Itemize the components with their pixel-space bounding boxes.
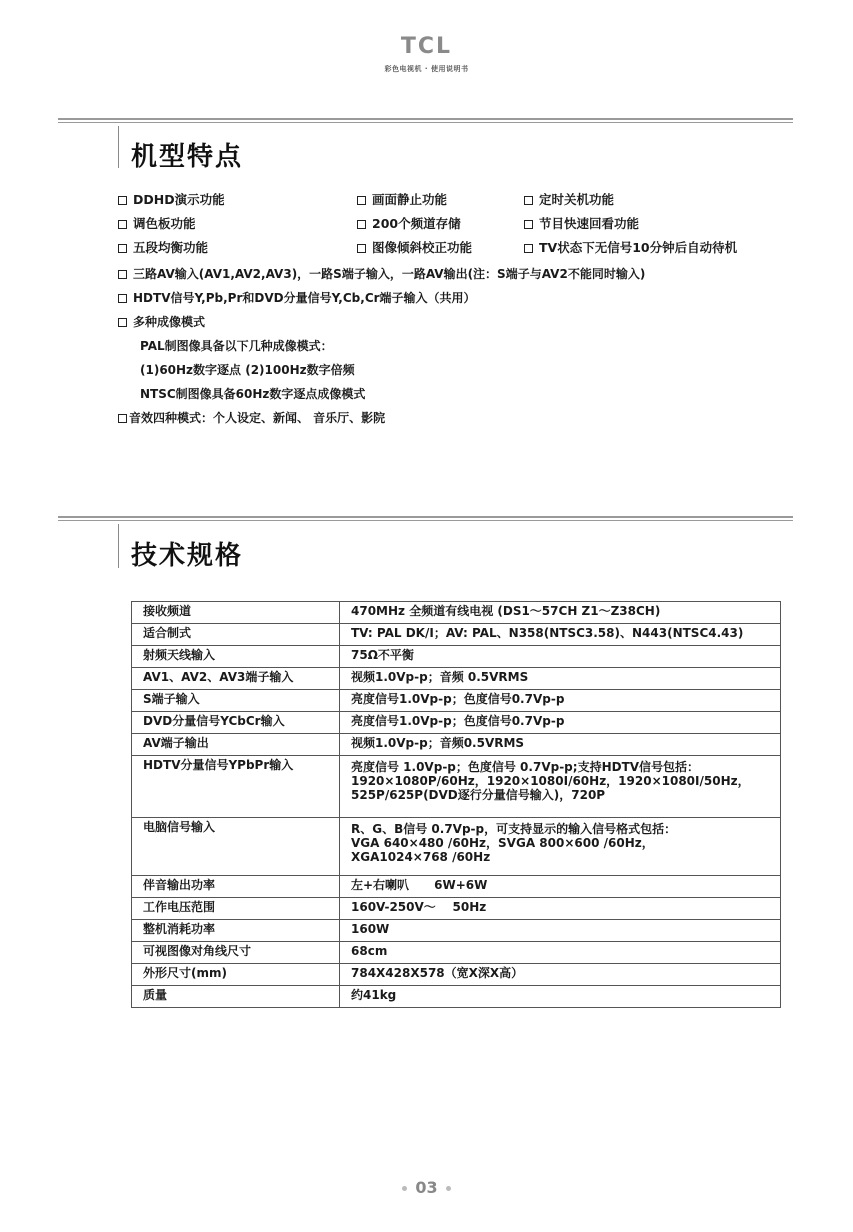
bullet-icon (402, 1186, 407, 1191)
checkbox-icon (118, 294, 127, 303)
spec-value: 784X428X578（宽X深X高） (340, 964, 781, 986)
feature-item: 节目快速回看功能 (524, 214, 639, 234)
spec-value: 亮度信号 1.0Vp-p；色度信号 0.7Vp-p;支持HDTV信号包括： 19… (340, 756, 781, 818)
spec-value: 75Ω不平衡 (340, 646, 781, 668)
feature-item: 五段均衡功能 (118, 238, 208, 258)
bullet-icon (446, 1186, 451, 1191)
spec-key: HDTV分量信号YPbPr输入 (132, 756, 340, 818)
header-subtitle: 彩色电视机 · 使用说明书 (0, 64, 853, 74)
feature-item: 调色板功能 (118, 214, 196, 234)
feature-item: 画面静止功能 (357, 190, 447, 210)
checkbox-icon (524, 220, 533, 229)
table-row: 接收频道470MHz 全频道有线电视 (DS1～57CH Z1～Z38CH) (132, 602, 781, 624)
table-row: 质量约41kg (132, 986, 781, 1008)
table-row: 工作电压范围160V-250V～ 50Hz (132, 898, 781, 920)
spec-key: 外形尺寸(mm) (132, 964, 340, 986)
checkbox-icon (118, 318, 127, 327)
table-row: 可视图像对角线尺寸68cm (132, 942, 781, 964)
brand-logo: TCL (0, 36, 853, 58)
table-row: HDTV分量信号YPbPr输入 亮度信号 1.0Vp-p；色度信号 0.7Vp-… (132, 756, 781, 818)
spec-key: 质量 (132, 986, 340, 1008)
table-row: AV1、AV2、AV3端子输入视频1.0Vp-p；音频 0.5VRMS (132, 668, 781, 690)
page-header: TCL 彩色电视机 · 使用说明书 (0, 36, 853, 74)
spec-key: 适合制式 (132, 624, 340, 646)
feature-item: 图像倾斜校正功能 (357, 238, 472, 258)
spec-table: 接收频道470MHz 全频道有线电视 (DS1～57CH Z1～Z38CH) 适… (131, 601, 781, 1008)
table-row: 适合制式TV: PAL DK/I；AV: PAL、N358(NTSC3.58)、… (132, 624, 781, 646)
spec-value: 视频1.0Vp-p；音频0.5VRMS (340, 734, 781, 756)
section-divider (58, 118, 793, 123)
feature-item: HDTV信号Y,Pb,Pr和DVD分量信号Y,Cb,Cr端子输入（共用） (118, 288, 476, 308)
checkbox-icon (118, 244, 127, 253)
feature-item: 定时关机功能 (524, 190, 614, 210)
spec-key: DVD分量信号YCbCr输入 (132, 712, 340, 734)
checkbox-icon (357, 220, 366, 229)
checkbox-icon (118, 196, 127, 205)
spec-key: 电脑信号输入 (132, 818, 340, 876)
spec-value: 68cm (340, 942, 781, 964)
feature-subitem: PAL制图像具备以下几种成像模式： (118, 336, 333, 356)
table-row: DVD分量信号YCbCr输入亮度信号1.0Vp-p；色度信号0.7Vp-p (132, 712, 781, 734)
spec-value: 470MHz 全频道有线电视 (DS1～57CH Z1～Z38CH) (340, 602, 781, 624)
table-row: AV端子输出视频1.0Vp-p；音频0.5VRMS (132, 734, 781, 756)
spec-key: 整机消耗功率 (132, 920, 340, 942)
table-row: 射频天线输入75Ω不平衡 (132, 646, 781, 668)
section-divider (58, 516, 793, 521)
spec-key: AV端子输出 (132, 734, 340, 756)
spec-value: R、G、B信号 0.7Vp-p，可支持显示的输入信号格式包括： VGA 640×… (340, 818, 781, 876)
feature-item: 200个频道存储 (357, 214, 461, 234)
checkbox-icon (118, 414, 127, 423)
feature-item: TV状态下无信号10分钟后自动待机 (524, 238, 737, 258)
spec-key: 工作电压范围 (132, 898, 340, 920)
checkbox-icon (118, 220, 127, 229)
table-row: 整机消耗功率160W (132, 920, 781, 942)
title-accent-bar (118, 524, 119, 568)
spec-value: 亮度信号1.0Vp-p；色度信号0.7Vp-p (340, 712, 781, 734)
page-number: 03 (0, 1178, 853, 1197)
checkbox-icon (524, 244, 533, 253)
spec-value: 视频1.0Vp-p；音频 0.5VRMS (340, 668, 781, 690)
feature-subitem: (1)60Hz数字逐点 (2)100Hz数字倍频 (118, 360, 355, 380)
feature-subitem: NTSC制图像具备60Hz数字逐点成像模式 (118, 384, 365, 404)
section-title-features: 机型特点 (131, 136, 243, 173)
spec-value: 160V-250V～ 50Hz (340, 898, 781, 920)
table-row: S端子输入亮度信号1.0Vp-p；色度信号0.7Vp-p (132, 690, 781, 712)
table-row: 伴音输出功率左+右喇叭 6W+6W (132, 876, 781, 898)
table-row: 外形尺寸(mm)784X428X578（宽X深X高） (132, 964, 781, 986)
spec-key: S端子输入 (132, 690, 340, 712)
checkbox-icon (357, 196, 366, 205)
spec-value: 约41kg (340, 986, 781, 1008)
feature-item: DDHD演示功能 (118, 190, 225, 210)
spec-key: 射频天线输入 (132, 646, 340, 668)
spec-value: 亮度信号1.0Vp-p；色度信号0.7Vp-p (340, 690, 781, 712)
title-accent-bar (118, 126, 119, 168)
checkbox-icon (357, 244, 366, 253)
spec-key: 接收频道 (132, 602, 340, 624)
spec-key: 可视图像对角线尺寸 (132, 942, 340, 964)
spec-value: 160W (340, 920, 781, 942)
feature-item: 三路AV输入(AV1,AV2,AV3)，一路S端子输入，一路AV输出(注：S端子… (118, 264, 645, 284)
section-title-specs: 技术规格 (131, 535, 243, 572)
spec-key: 伴音输出功率 (132, 876, 340, 898)
spec-value: TV: PAL DK/I；AV: PAL、N358(NTSC3.58)、N443… (340, 624, 781, 646)
spec-value: 左+右喇叭 6W+6W (340, 876, 781, 898)
spec-key: AV1、AV2、AV3端子输入 (132, 668, 340, 690)
checkbox-icon (118, 270, 127, 279)
checkbox-icon (524, 196, 533, 205)
table-row: 电脑信号输入 R、G、B信号 0.7Vp-p，可支持显示的输入信号格式包括： V… (132, 818, 781, 876)
feature-item: 音效四种模式：个人设定、新闻、 音乐厅、影院 (118, 408, 385, 428)
feature-item: 多种成像模式 (118, 312, 205, 332)
